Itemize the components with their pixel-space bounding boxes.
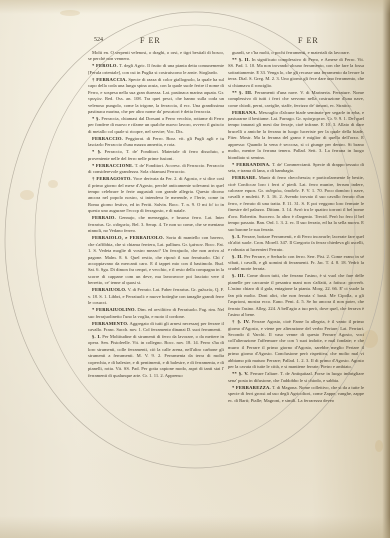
entry-headword: * FERRAREZZA. (232, 385, 271, 390)
entry-text: Per Ferrare, e Serbarlo con ferro. Serr.… (228, 254, 364, 272)
dictionary-entry: ** §. II. In significato complessivo di … (228, 57, 364, 89)
entry-text: Mescuglio d'alcune biade seminate per se… (228, 110, 364, 160)
entry-text: Specie di razza di color giallognolo, la… (88, 77, 224, 114)
entry-headword: FERRAIO. (92, 215, 116, 220)
dictionary-entry: Molti en. O serpenti velenosi, o draghi,… (88, 50, 224, 63)
entry-headword: §. III. (232, 273, 245, 278)
entry-headword: * §. (92, 116, 100, 121)
entry-headword: * FERRACCIONE. (92, 163, 134, 168)
page-bottom-shadow (0, 516, 390, 538)
entry-text: Ferrare Agosto, cioè Farne la allegria, … (228, 319, 364, 369)
foxing-stain (48, 180, 58, 188)
dictionary-entry: ** §. III. Ferramenti d'una nave. V. di … (228, 90, 364, 109)
entry-text: Voce derivata da Fer. 2. di Agosto, e si… (88, 176, 224, 213)
entry-headword: ** §. II. (232, 57, 250, 62)
page-number: 524 (94, 37, 103, 43)
dictionary-entry: FERRACCIO. Peggiorat. di Ferro. Borz. vi… (88, 136, 224, 149)
entry-headword: FERRAMENTO. (92, 321, 128, 326)
dictionary-entry: † FERRACCIA. Specie di razza di color gi… (88, 77, 224, 116)
dictionary-entry: * FERRACCIONE. T. de' Fonditori. Accresc… (88, 163, 224, 176)
entry-headword: FERRANA. (232, 110, 257, 115)
entry-headword: ** §. III. (232, 90, 253, 95)
entry-text: Molti en. O serpenti velenosi, o draghi,… (88, 50, 224, 61)
entry-text: Sorta di mantello con bavero, che s'affi… (88, 235, 224, 285)
dictionary-entry: FERRAIUOLO. V. di Ferraio. Lat. Faber fe… (88, 287, 224, 306)
running-header: 524 F ER F ER (88, 36, 368, 48)
running-head-left: F ER (140, 36, 161, 45)
dictionary-entry: † §. IV. Ferrare Agosto, cioè Farne la a… (228, 319, 364, 371)
dictionary-entry: ** §. V. Ferrare l'altare. T. de Antiqui… (228, 371, 364, 384)
entry-headword: FERRACCIO. (92, 136, 123, 141)
entry-text: Ferraccio, T. de' Fonditori. Materiale d… (88, 149, 224, 160)
entry-text: Munir di ferro checchessia; e particolar… (228, 175, 364, 232)
scanned-page: 524 F ER F ER Molti en. O serpenti velen… (0, 0, 390, 538)
dictionary-entry: * FEROLO. T. degli Agric. Il frutto di u… (88, 63, 224, 76)
entry-headword: * FERRAIUOLINO. (92, 307, 136, 312)
entry-text: Ferrare, bottare Ferramenti, e di Ferro … (228, 234, 364, 252)
dictionary-entry: FERRAIO. Gennajo, che menseggia, e bruos… (88, 215, 224, 234)
foxing-stain (60, 10, 80, 16)
running-head-right: F ER (298, 36, 319, 45)
entry-headword: ** §. V. (232, 371, 249, 376)
left-column: Molti en. O serpenti velenosi, o draghi,… (88, 50, 224, 380)
entry-headword: §. I. (232, 234, 241, 239)
dictionary-entry: §. III. Come dicon tutti, che ferrano l'… (228, 273, 364, 318)
dictionary-entry: * §. Ferraccio, T. de' Fonditori. Materi… (88, 149, 224, 162)
entry-headword: * FEROLO. (92, 63, 118, 68)
entry-headword: † FERRAGOSTO. (92, 176, 132, 181)
entry-headword: † FERRACCIA. (92, 77, 127, 82)
dictionary-entry: §. I. Per Moltitudine di strumenti di fe… (88, 334, 224, 379)
dictionary-entry: §. II. Per Ferrare, e Serbarlo con ferro… (228, 254, 364, 273)
entry-text: Come dicon tutti, che ferrano l'asino, è… (228, 273, 364, 317)
right-column: guardi, se c'ha molti, o pochi ferrament… (228, 50, 364, 404)
foxing-stain (20, 190, 34, 200)
entry-headword: † §. IV. (232, 319, 250, 324)
dictionary-entry: † FERRAGOSTO. Voce derivata da Fer. 2. d… (88, 176, 224, 215)
foxing-stain (375, 440, 383, 452)
dictionary-entry: * FERRAIUOLINO. Dim. ed avvilitivo di Fe… (88, 307, 224, 320)
dictionary-entry: * §. Ferraccia, chiamasi dal Dorsani a F… (88, 116, 224, 135)
dictionary-entry: FERRAIOLO, e FERRAIUOLO. Sorta di mantel… (88, 235, 224, 287)
entry-headword: FERRAIOLO, e FERRAIUOLO. (92, 235, 164, 240)
entry-text: guardi, se c'ha molti, o pochi ferrament… (232, 50, 350, 55)
entry-text: Ferrare l'altare. T. de Antiquitaal. For… (228, 371, 364, 382)
dictionary-entry: FERRAMENTO. Aggregato di tutti gli arnes… (88, 321, 224, 334)
page-top-shadow (0, 0, 390, 14)
entry-headword: * §. (92, 149, 102, 154)
dictionary-entry: FERRARE. Munir di ferro checchessia; e p… (228, 175, 364, 233)
entry-headword: FERRARE. (232, 175, 257, 180)
dictionary-entry: §. I. Ferrare, bottare Ferramenti, e di … (228, 234, 364, 253)
entry-headword: FERRAIUOLO. (92, 287, 127, 292)
entry-text: Ferraccia, chiamasi dal Dorsani a Ferro … (88, 116, 224, 134)
entry-text: Per Moltitudine di strumenti di ferro da… (88, 334, 224, 378)
dictionary-entry: * FERRANDINA. T. de' Commercianti. Speci… (228, 162, 364, 175)
entry-headword: §. I. (92, 334, 101, 339)
entry-headword: * FERRANDINA. (232, 162, 270, 167)
entry-headword: §. II. (232, 254, 243, 259)
dictionary-entry: FERRANA. Mescuglio d'alcune biade semina… (228, 110, 364, 162)
dictionary-entry: guardi, se c'ha molti, o pochi ferrament… (228, 50, 364, 56)
foxing-stain (362, 330, 378, 348)
dictionary-entry: * FERRAREZZA. T. di Magona. Nome collett… (228, 385, 364, 404)
